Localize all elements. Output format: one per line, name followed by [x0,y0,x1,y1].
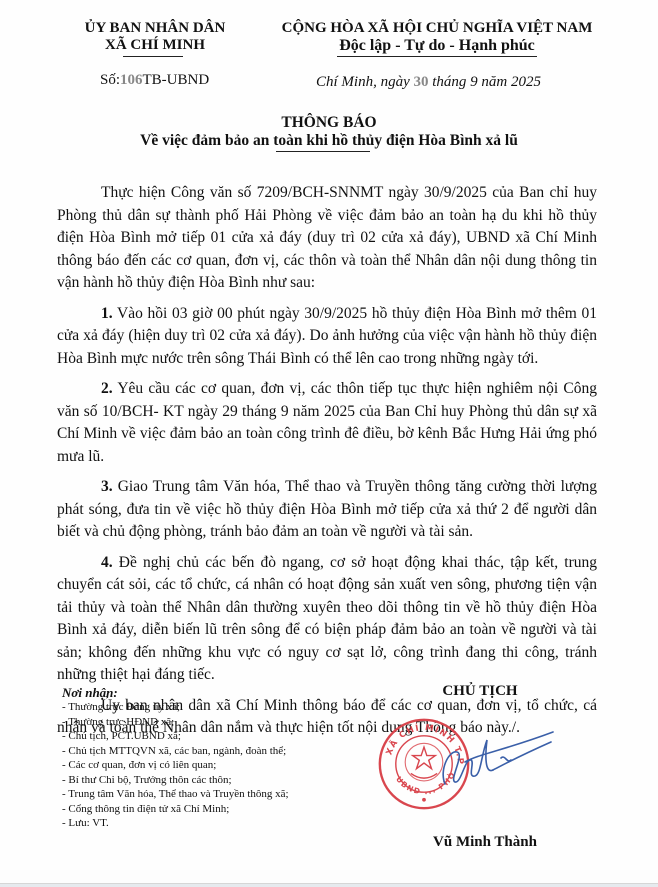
recipient-item: - Thường trực HĐND xã; [62,715,289,730]
handwritten-signature-icon [435,722,555,792]
item-number: 2. [101,380,113,397]
national-motto: Độc lập - Tự do - Hạnh phúc [272,37,602,54]
recipient-item: - Thường trực Đảng ủy xã; [62,700,289,715]
item-text: Vào hồi 03 giờ 00 phút ngày 30/9/2025 hồ… [57,305,597,367]
subject-underline [276,151,370,152]
national-title: CỘNG HÒA XÃ HỘI CHỦ NGHĨA VIỆT NAM Độc l… [272,20,602,54]
authority-line2: XÃ CHÍ MINH [60,37,250,54]
item-number: 1. [101,305,113,322]
item-text: Đề nghị chủ các bến đò ngang, cơ sở hoạt… [57,554,597,684]
intro-paragraph: Thực hiện Công văn số 7209/BCH-SNNMT ngà… [57,182,597,295]
recipient-item: - Các cơ quan, đơn vị có liên quan; [62,758,289,773]
notice-title: THÔNG BÁO Về việc đảm bảo an toàn khi hồ… [0,114,658,150]
document-date: Chí Minh, ngày 30 tháng 9 năm 2025 [316,74,541,91]
item-text: Giao Trung tâm Văn hóa, Thể thao và Truy… [57,478,597,540]
doc-number-value: 106 [120,72,143,88]
authority-line1: ỦY BAN NHÂN DÂN [60,20,250,37]
item-paragraph: 2. Yêu cầu các cơ quan, đơn vị, các thôn… [57,378,597,468]
item-number: 3. [101,478,113,495]
item-paragraph: 3. Giao Trung tâm Văn hóa, Thể thao và T… [57,476,597,544]
recipient-item: - Lưu: VT. [62,816,289,831]
recipient-item: - Cổng thông tin điện tử xã Chí Minh; [62,802,289,817]
document-page: ỦY BAN NHÂN DÂN XÃ CHÍ MINH CỘNG HÒA XÃ … [0,0,658,870]
item-text: Yêu cầu các cơ quan, đơn vị, các thôn ti… [57,380,597,465]
recipient-item: - Chủ tịch, PCT.UBND xã; [62,729,289,744]
item-number: 4. [101,554,113,571]
item-paragraph: 4. Đề nghị chủ các bến đò ngang, cơ sở h… [57,552,597,687]
notice-subject: Về việc đảm bảo an toàn khi hồ thủy điện… [0,132,658,150]
nation-line: CỘNG HÒA XÃ HỘI CHỦ NGHĨA VIỆT NAM [272,20,602,37]
recipients-label: Nơi nhận: [62,685,289,700]
date-day: 30 [414,74,429,90]
signer-name: Vũ Minh Thành [405,834,565,851]
viewer-bottom-edge [0,883,658,887]
item-paragraph: 1. Vào hồi 03 giờ 00 phút ngày 30/9/2025… [57,303,597,371]
doc-number-suffix: TB-UBND [143,72,210,88]
document-number: Số:106TB-UBND [100,72,209,89]
recipients-list: Nơi nhận: - Thường trực Đảng ủy xã; - Th… [62,685,289,831]
doc-number-label: Số: [100,72,120,88]
recipient-item: - Bí thư Chi bộ, Trưởng thôn các thôn; [62,773,289,788]
notice-heading: THÔNG BÁO [0,114,658,132]
recipient-item: - Trung tâm Văn hóa, Thể thao và Truyền … [62,787,289,802]
authority-underline [123,56,183,57]
signer-title: CHỦ TỊCH [405,683,555,700]
issuing-authority: ỦY BAN NHÂN DÂN XÃ CHÍ MINH [60,20,250,54]
motto-underline [337,56,537,57]
date-suffix: tháng 9 năm 2025 [432,74,541,90]
date-prefix: Chí Minh, ngày [316,74,410,90]
notice-body: Thực hiện Công văn số 7209/BCH-SNNMT ngà… [57,182,597,748]
recipient-item: - Chủ tịch MTTQVN xã, các ban, ngành, đo… [62,744,289,759]
